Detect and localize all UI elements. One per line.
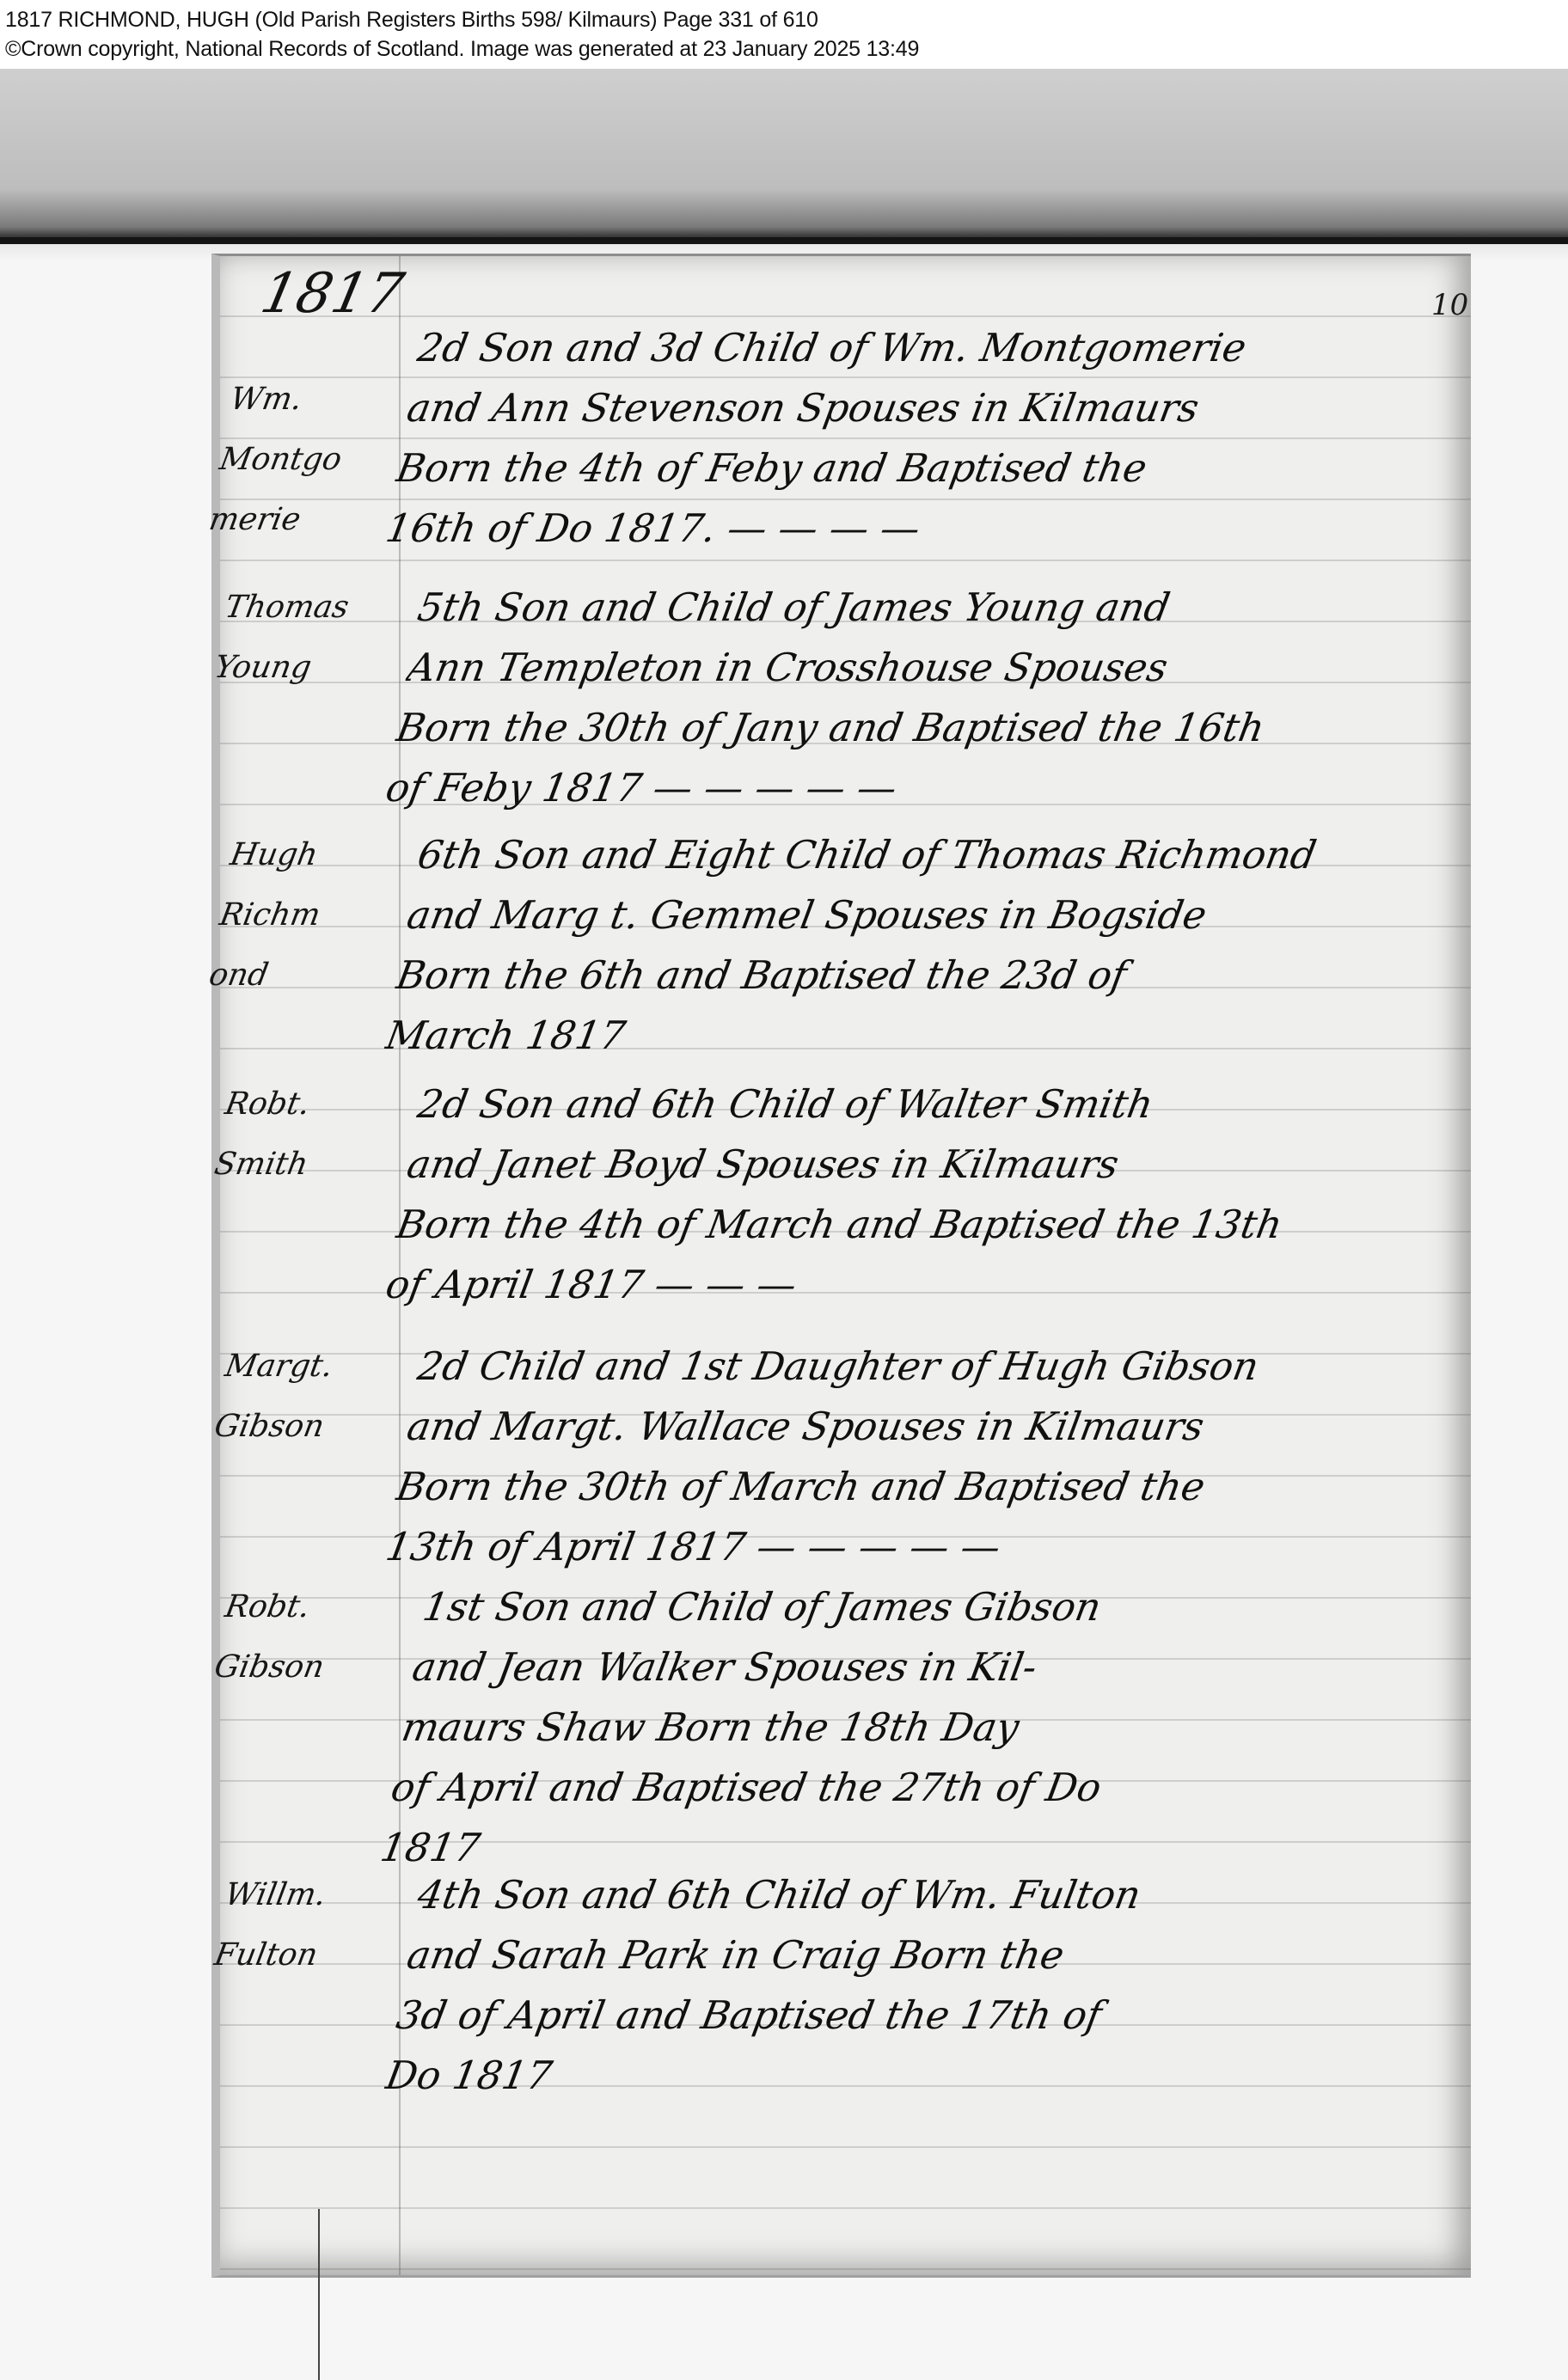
text-line: Do 1817	[381, 2046, 1453, 2106]
text-line: 4th Son and 6th Child of Wm. Fulton	[413, 1865, 1485, 1925]
text-line: 6th Son and Eight Child of Thomas Richmo…	[413, 825, 1485, 885]
text-line: Born the 30th of March and Baptised the	[392, 1457, 1464, 1517]
folio-number: 10	[1431, 288, 1468, 322]
text-line: Born the 6th and Baptised the 23d of	[392, 945, 1464, 1006]
record-title: 1817 RICHMOND, HUGH (Old Parish Register…	[5, 5, 1568, 34]
entry-text: 2d Son and 6th Child of Walter Smith and…	[381, 1074, 1485, 1315]
entry-text: 2d Son and 3d Child of Wm. Montgomerie a…	[381, 318, 1485, 559]
entry-child-name: Wm. Montgo merie	[204, 370, 416, 550]
text-line: Born the 30th of Jany and Baptised the 1…	[392, 698, 1464, 758]
binding-thread	[318, 2209, 320, 2380]
name-line: ond	[204, 945, 395, 1006]
text-line: of April 1817 — — —	[381, 1255, 1453, 1315]
name-line: Fulton	[210, 1925, 401, 1985]
scanner-backdrop	[0, 69, 1568, 241]
name-line: Montgo	[215, 430, 406, 490]
name-line: Young	[210, 638, 401, 698]
name-line: Smith	[210, 1135, 401, 1195]
entry-child-name: Robt. Gibson	[210, 1577, 412, 1698]
text-line: and Janet Boyd Spouses in Kilmaurs	[402, 1135, 1474, 1195]
text-line: 2d Child and 1st Daughter of Hugh Gibson	[413, 1337, 1485, 1397]
entry-child-name: Margt. Gibson	[210, 1337, 412, 1457]
text-line: March 1817	[381, 1006, 1453, 1066]
copyright-notice: ©Crown copyright, National Records of Sc…	[5, 34, 1568, 64]
text-line: Born the 4th of March and Baptised the 1…	[392, 1195, 1464, 1255]
text-line: and Sarah Park in Craig Born the	[402, 1925, 1474, 1985]
text-line: 1st Son and Child of James Gibson	[419, 1577, 1491, 1637]
name-line: Margt.	[220, 1337, 411, 1397]
name-line: Thomas	[220, 578, 411, 638]
text-line: 16th of Do 1817. — — — —	[381, 499, 1453, 559]
record-header: 1817 RICHMOND, HUGH (Old Parish Register…	[0, 0, 1568, 69]
name-line: Richm	[215, 885, 406, 945]
name-line: Hugh	[225, 825, 416, 885]
name-line: Gibson	[210, 1637, 401, 1698]
name-line: Willm.	[220, 1865, 411, 1925]
entry-text: 6th Son and Eight Child of Thomas Richmo…	[381, 825, 1485, 1066]
text-line: of April and Baptised the 27th of Do	[386, 1758, 1458, 1818]
register-year: 1817	[255, 262, 409, 326]
entry-child-name: Robt. Smith	[210, 1074, 412, 1195]
name-line: Robt.	[220, 1577, 411, 1637]
text-line: and Ann Stevenson Spouses in Kilmaurs	[402, 378, 1474, 438]
text-line: maurs Shaw Born the 18th Day	[397, 1698, 1469, 1758]
text-line: and Jean Walker Spouses in Kil-	[407, 1637, 1479, 1698]
text-line: 13th of April 1817 — — — — —	[381, 1517, 1453, 1577]
backdrop-edge	[0, 237, 1568, 244]
text-line: and Marg t. Gemmel Spouses in Bogside	[402, 885, 1474, 945]
name-line: Gibson	[210, 1397, 401, 1457]
entry-text: 1st Son and Child of James Gibson and Je…	[376, 1577, 1491, 1878]
name-line: Robt.	[220, 1074, 411, 1135]
entry-child-name: Hugh Richm ond	[204, 825, 416, 1006]
text-line: 2d Son and 3d Child of Wm. Montgomerie	[413, 318, 1485, 378]
text-line: 2d Son and 6th Child of Walter Smith	[413, 1074, 1485, 1135]
entry-text: 5th Son and Child of James Young and Ann…	[381, 578, 1485, 818]
text-line: 5th Son and Child of James Young and	[413, 578, 1485, 638]
entry-text: 2d Child and 1st Daughter of Hugh Gibson…	[381, 1337, 1485, 1577]
name-line: Wm.	[225, 370, 416, 430]
entry-child-name: Willm. Fulton	[210, 1865, 412, 1985]
text-line: and Margt. Wallace Spouses in Kilmaurs	[402, 1397, 1474, 1457]
text-line: 3d of April and Baptised the 17th of	[392, 1985, 1464, 2046]
text-line: Born the 4th of Feby and Baptised the	[392, 438, 1464, 499]
entry-child-name: Thomas Young	[210, 578, 412, 698]
text-line: Ann Templeton in Crosshouse Spouses	[402, 638, 1474, 698]
name-line: merie	[204, 490, 395, 550]
entry-text: 4th Son and 6th Child of Wm. Fulton and …	[381, 1865, 1485, 2106]
text-line: of Feby 1817 — — — — —	[381, 758, 1453, 818]
